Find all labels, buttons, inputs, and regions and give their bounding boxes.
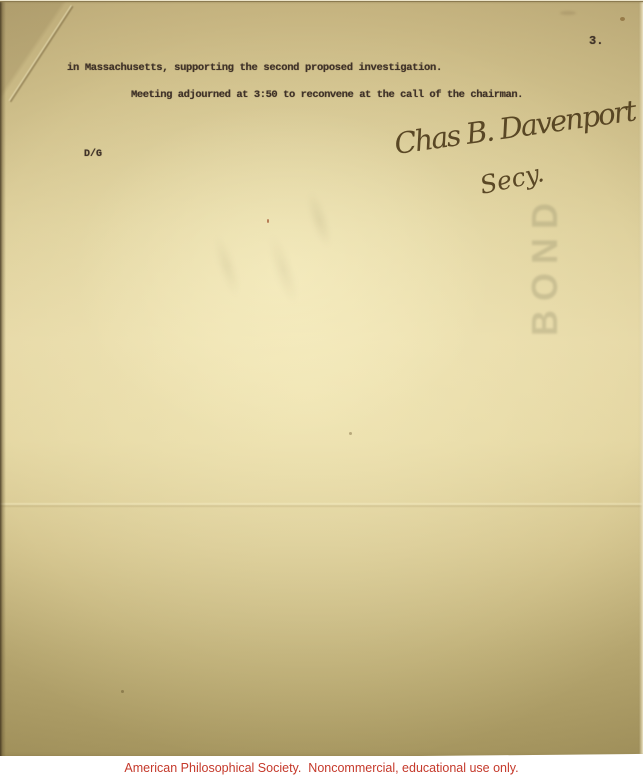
paper-speck [620,17,625,21]
paper-speck [267,219,269,223]
page-number: 3. [589,34,603,48]
paper-speck [121,690,124,693]
paper-speck [560,11,576,15]
signature-name: Chas B. Davenport [392,100,639,161]
paper-fold-line [0,503,643,507]
credit-text: American Philosophical Society. Noncomme… [124,761,518,775]
scanned-document-view: BOND 3. in Massachusetts, supporting the… [0,0,643,780]
typist-initials: D/G [84,149,102,160]
paper-corner-shade [0,0,92,118]
faint-watermark [178,173,375,348]
paper-edge-left [0,0,6,760]
paper-speck [349,432,352,435]
paper-edge-right [639,0,643,760]
body-line-1: in Massachusetts, supporting the second … [67,62,442,74]
document-page: BOND 3. in Massachusetts, supporting the… [0,0,643,760]
signature-title: Secy. [477,158,546,200]
signature: Chas B. Davenport Secy. [390,100,643,208]
credit-bar: American Philosophical Society. Noncomme… [0,756,643,780]
bond-watermark: BOND [505,190,585,340]
paper-edge-top [0,0,643,4]
